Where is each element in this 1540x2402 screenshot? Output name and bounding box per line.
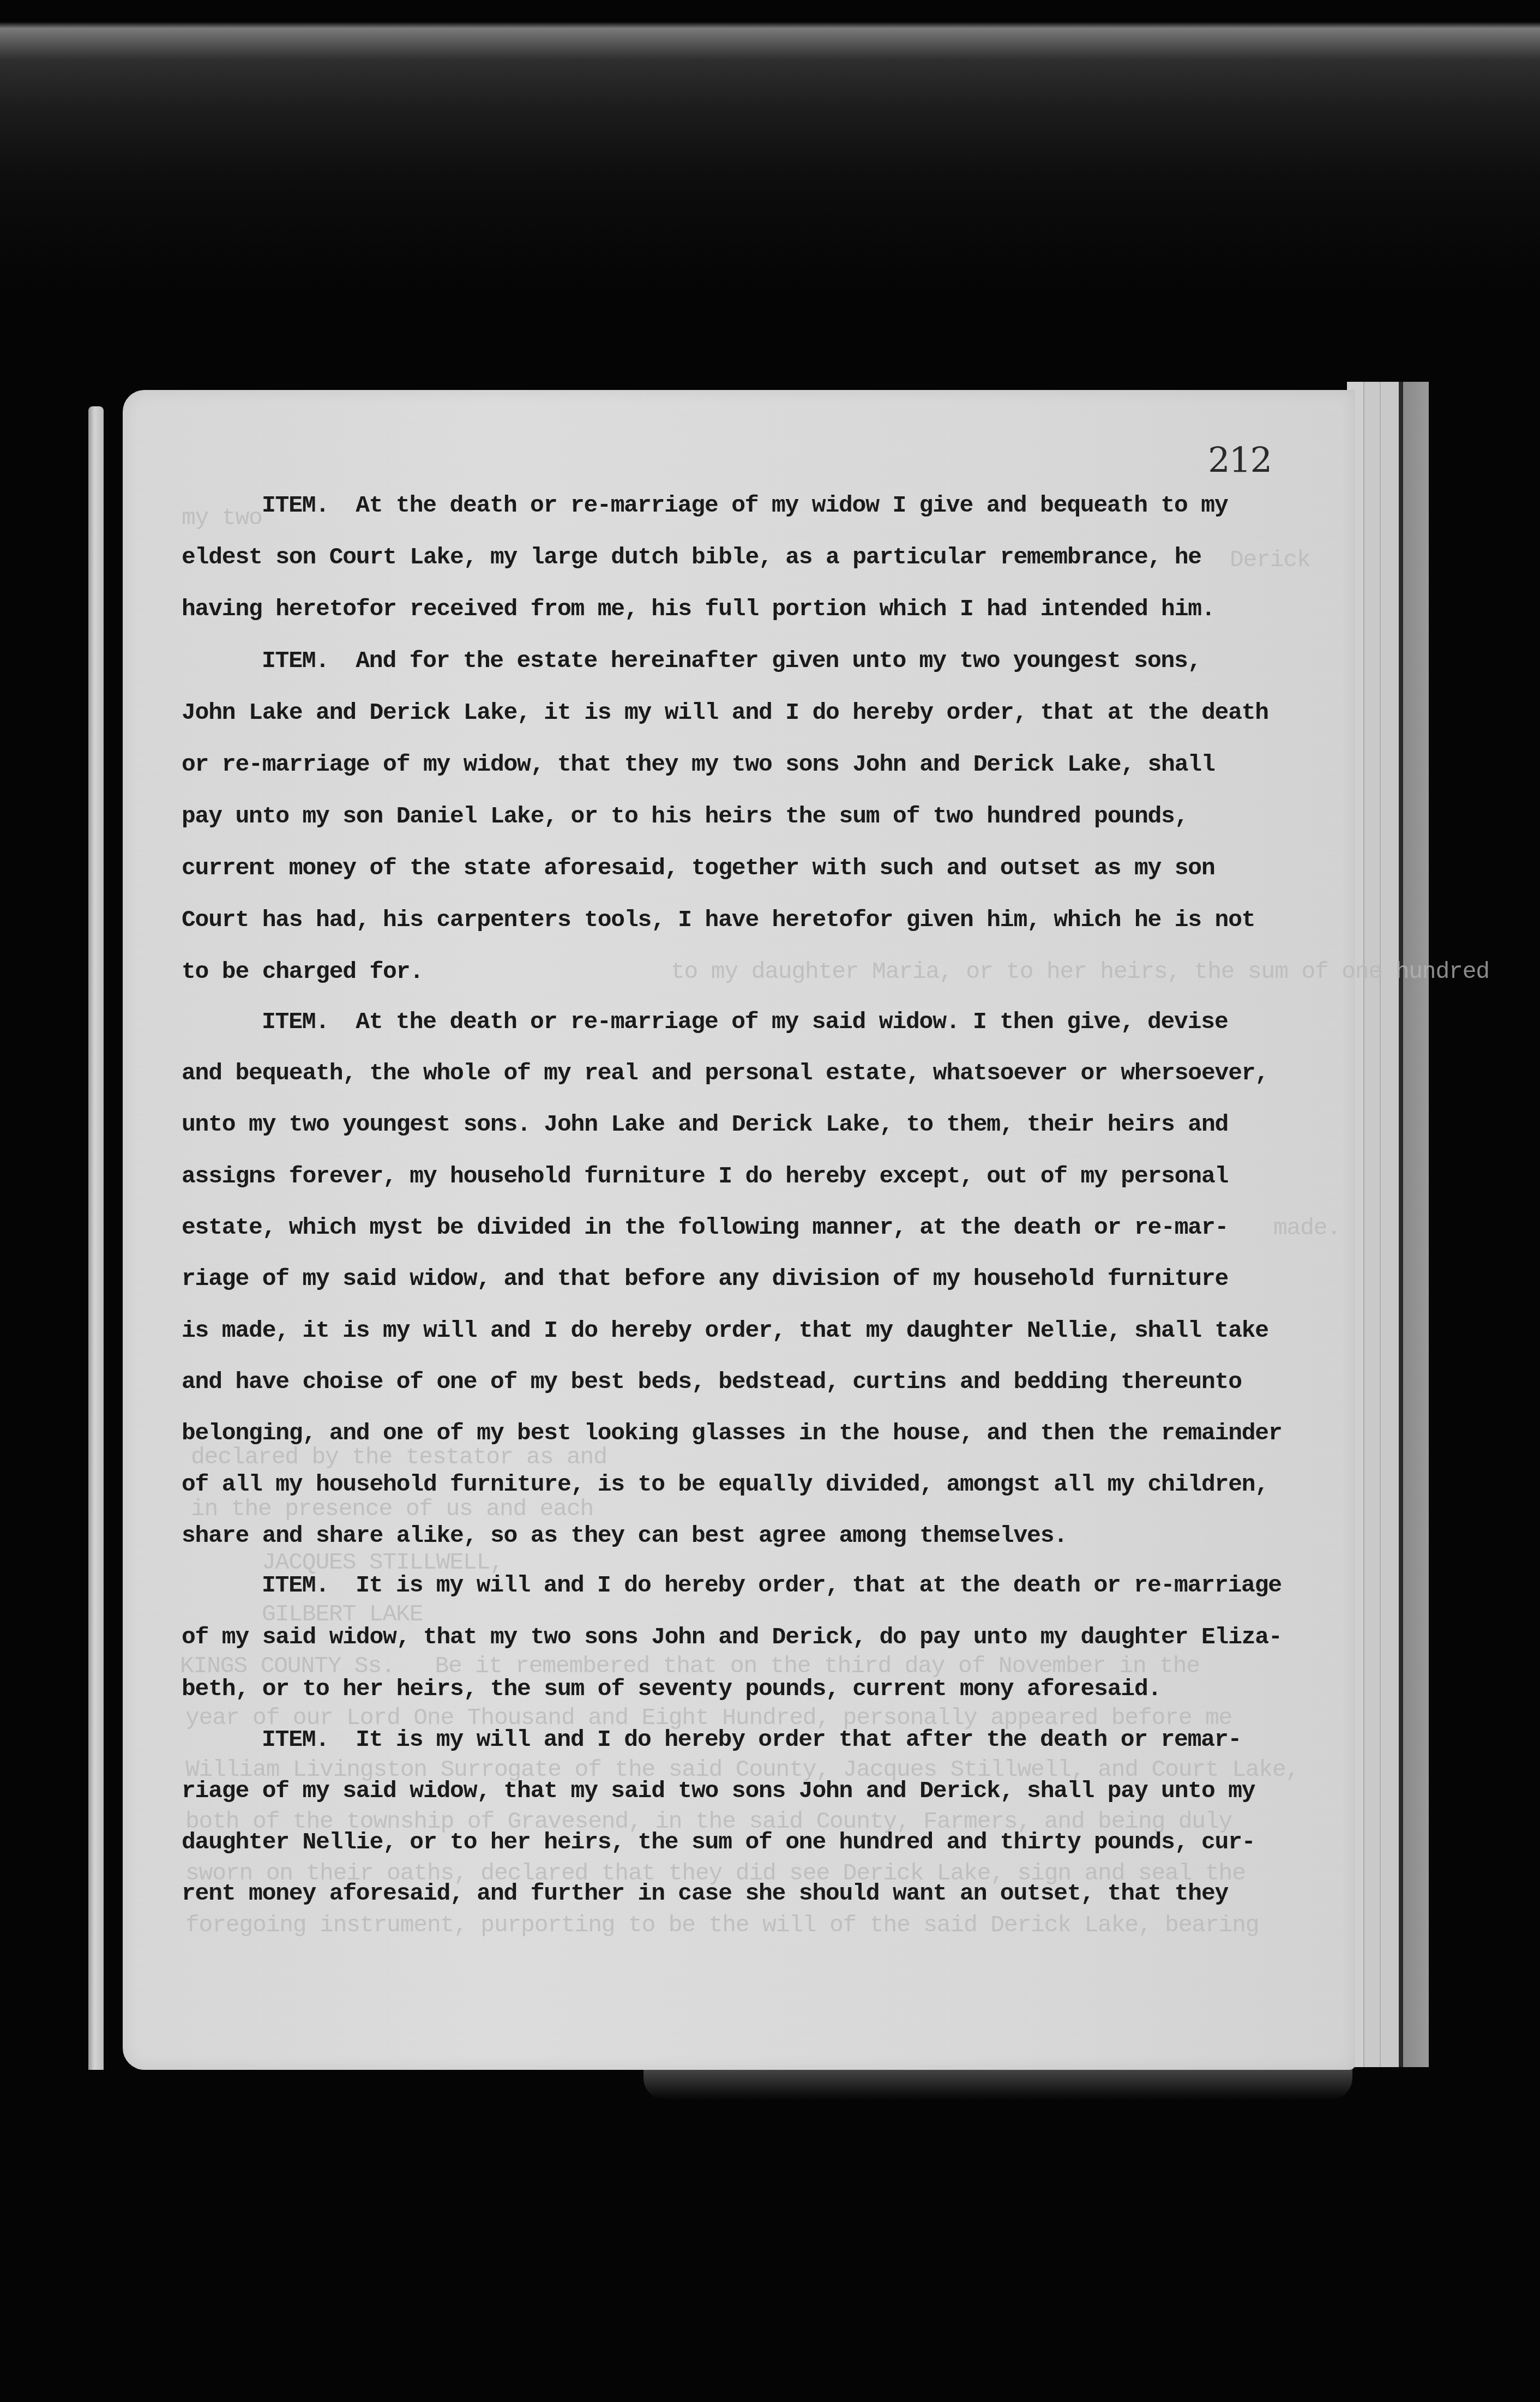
text-line: or re-marriage of my widow, that they my… <box>182 753 1215 776</box>
text-line: estate, which myst be divided in the fol… <box>182 1216 1228 1239</box>
text-line: Court has had, his carpenters tools, I h… <box>182 908 1255 932</box>
text-line: ITEM. It is my will and I do hereby orde… <box>262 1574 1282 1597</box>
page-bottom-shadow <box>643 2067 1352 2100</box>
text-line: having heretofor received from me, his f… <box>182 597 1215 621</box>
text-line: belonging, and one of my best looking gl… <box>182 1421 1282 1445</box>
text-line: of my said widow, that my two sons John … <box>182 1625 1282 1649</box>
text-line: ITEM. And for the estate hereinafter giv… <box>262 649 1201 672</box>
page-edge <box>1399 382 1403 2067</box>
text-line: and bequeath, the whole of my real and p… <box>182 1061 1268 1085</box>
text-line: pay unto my son Daniel Lake, or to his h… <box>182 804 1188 828</box>
adjacent-page-edge <box>88 406 104 2070</box>
bleed-through-text: foregoing instrument, purporting to be t… <box>185 1913 1259 1937</box>
bleed-through-text: KINGS COUNTY Ss. Be it remembered that o… <box>180 1654 1200 1678</box>
page-number: 212 <box>1208 441 1271 481</box>
text-line: assigns forever, my household furniture … <box>182 1164 1228 1188</box>
text-line: riage of my said widow, that my said two… <box>182 1779 1255 1803</box>
text-line: daughter Nellie, or to her heirs, the su… <box>182 1830 1255 1854</box>
text-line: ITEM. At the death or re-marriage of my … <box>262 494 1228 517</box>
page-edge <box>1380 382 1381 2067</box>
bleed-through-text: made. <box>1273 1216 1340 1240</box>
page-edge <box>1403 382 1429 2067</box>
text-line: beth, or to her heirs, the sum of sevent… <box>182 1677 1161 1701</box>
bleed-through-text: in the presence of us and each <box>191 1497 593 1521</box>
bleed-through-text: Derick <box>1230 548 1310 572</box>
text-line: and have choise of one of my best beds, … <box>182 1370 1242 1394</box>
text-line: current money of the state aforesaid, to… <box>182 856 1215 880</box>
text-line: share and share alike, so as they can be… <box>182 1524 1067 1547</box>
text-line: ITEM. It is my will and I do hereby orde… <box>262 1728 1241 1751</box>
text-line: of all my household furniture, is to be … <box>182 1473 1268 1496</box>
bleed-through-text: declared by the testator as and <box>191 1445 607 1469</box>
page-edge <box>1429 382 1456 2067</box>
page-stack-edges <box>1347 382 1456 2067</box>
bleed-through-text: to my daughter Maria, or to her heirs, t… <box>671 960 1489 983</box>
text-line: rent money aforesaid, and further in cas… <box>182 1882 1228 1905</box>
text-line: ITEM. At the death or re-marriage of my … <box>262 1010 1228 1034</box>
text-line: is made, it is my will and I do hereby o… <box>182 1319 1268 1342</box>
text-line: to be charged for. <box>182 960 423 983</box>
text-line: unto my two youngest sons. John Lake and… <box>182 1113 1228 1136</box>
bleed-through-text: my two <box>182 506 262 530</box>
bleed-through-text: GILBERT LAKE <box>262 1602 423 1626</box>
text-line: John Lake and Derick Lake, it is my will… <box>182 701 1268 724</box>
text-line: eldest son Court Lake, my large dutch bi… <box>182 545 1201 569</box>
text-line: riage of my said widow, and that before … <box>182 1267 1228 1290</box>
microfilm-top-band <box>0 0 1540 284</box>
bleed-through-text: JACQUES STILLWELL, <box>262 1551 503 1574</box>
